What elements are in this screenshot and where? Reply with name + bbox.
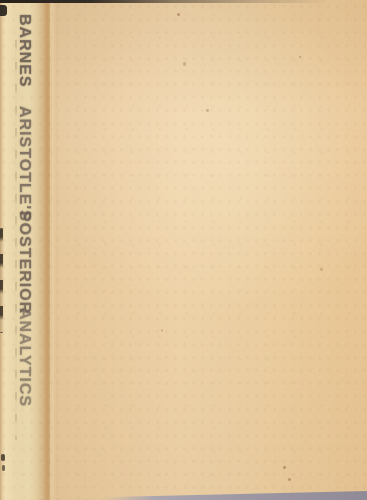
spine-bottom-wear-chip — [2, 465, 5, 471]
foxing-spot — [288, 478, 291, 481]
foxing-spot — [177, 13, 180, 16]
foxing-spot — [161, 329, 163, 332]
spine-title-line-1: ARISTOTLE'S — [16, 106, 32, 222]
spine-title-line-2: POSTERIOR — [16, 211, 32, 314]
spine-top-wear-chip — [0, 5, 7, 16]
foxing-spot — [283, 466, 286, 469]
photo-top-edge-shadow — [0, 0, 367, 3]
foxing-spot — [320, 268, 323, 271]
spine-bottom-wear-chip — [1, 454, 5, 461]
spine-title-line-3: ANALYTICS — [16, 308, 32, 407]
spine-author-text: BARNES — [16, 14, 32, 88]
foxing-spot — [206, 109, 209, 112]
spine-hinge-ridge — [50, 0, 58, 500]
spine-edge-wear-marks — [0, 228, 3, 333]
book-photo: BARNES ARISTOTLE'S POSTERIOR ANALYTICS — [0, 0, 367, 500]
foxing-spot — [299, 56, 301, 58]
foxing-spot — [183, 62, 186, 66]
